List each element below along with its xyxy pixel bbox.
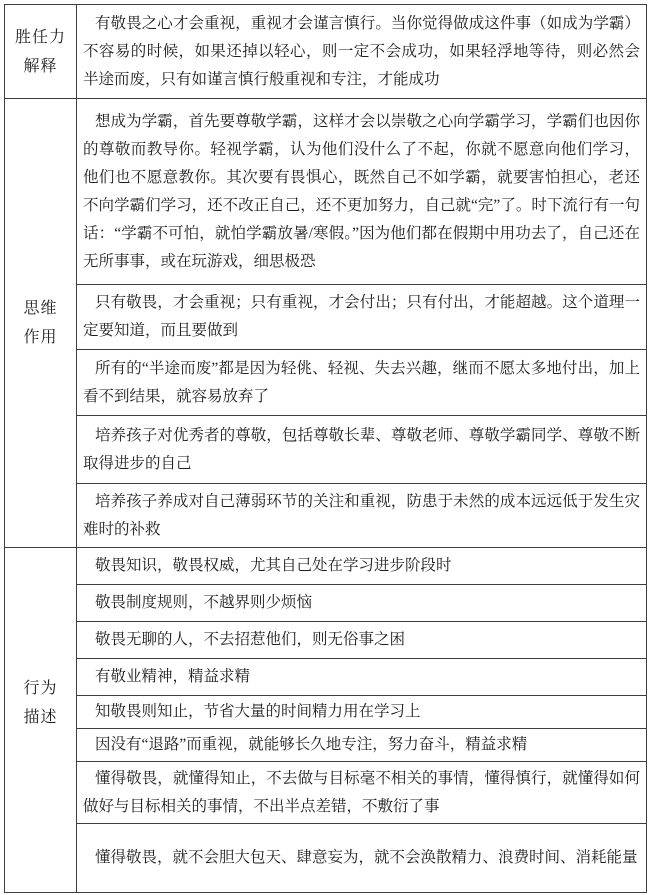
row-header-line: 胜任力 <box>15 23 66 52</box>
table-row: 所有的“半途而废”都是因为轻佻、轻视、失去兴趣，继而不愿太多地付出，加上看不到结… <box>77 349 646 415</box>
row-header-thinking-function: 思维 作用 <box>5 99 77 547</box>
section-thinking-function: 思维 作用 想成为学霸，首先要尊敬学霸，这样才会以崇敬之心向学霸学习，学霸们也因… <box>5 98 646 547</box>
row-header-competency-explanation: 胜任力 解释 <box>5 5 77 98</box>
row-header-line: 行为 <box>23 674 57 703</box>
cell-text: 培养孩子养成对自己薄弱环节的关注和重视，防患于未然的成本远远低于发生灾难时的补救 <box>77 486 646 546</box>
row-header-text: 胜任力 解释 <box>15 23 66 81</box>
table-row: 培养孩子对优秀者的尊敬，包括尊敬长辈、尊敬老师、尊敬学霸同学、尊敬不断取得进步的… <box>77 415 646 483</box>
row-header-line: 描述 <box>23 703 57 732</box>
table-row: 培养孩子养成对自己薄弱环节的关注和重视，防患于未然的成本远远低于发生灾难时的补救 <box>77 483 646 547</box>
table-row: 有敬畏之心才会重视，重视才会谨言慎行。当你觉得做成这件事（如成为学霸）不容易的时… <box>77 5 646 98</box>
cell-text: 培养孩子对优秀者的尊敬，包括尊敬长辈、尊敬老师、尊敬学霸同学、尊敬不断取得进步的… <box>77 420 646 480</box>
section-behavior-description: 行为 描述 敬畏知识，敬畏权威，尤其自己处在学习进步阶段时 敬畏制度规则，不越界… <box>5 547 646 892</box>
cell-text: 敬畏知识，敬畏权威，尤其自己处在学习进步阶段时 <box>77 550 646 582</box>
cell-text: 敬畏无聊的人，不去招惹他们，则无俗事之困 <box>77 624 646 656</box>
cell-text: 有敬畏之心才会重视，重视才会谨言慎行。当你觉得做成这件事（如成为学霸）不容易的时… <box>77 8 646 96</box>
section-rows: 有敬畏之心才会重视，重视才会谨言慎行。当你觉得做成这件事（如成为学霸）不容易的时… <box>77 5 646 98</box>
section-competency-explanation: 胜任力 解释 有敬畏之心才会重视，重视才会谨言慎行。当你觉得做成这件事（如成为学… <box>5 5 646 98</box>
section-rows: 想成为学霸，首先要尊敬学霸，这样才会以崇敬之心向学霸学习，学霸们也因你的尊敬而教… <box>77 99 646 547</box>
table-row: 只有敬畏，才会重视；只有重视，才会付出；只有付出，才能超越。这个道理一定要知道，… <box>77 284 646 349</box>
cell-text: 懂得敬畏，就不会胆大包天、肆意妄为，就不会涣散精力、浪费时间、消耗能量 <box>77 842 646 874</box>
table-row: 敬畏制度规则，不越界则少烦恼 <box>77 584 646 621</box>
table-row: 懂得敬畏，就不会胆大包天、肆意妄为，就不会涣散精力、浪费时间、消耗能量 <box>77 823 646 892</box>
row-header-behavior-description: 行为 描述 <box>5 548 77 892</box>
cell-text: 因没有“退路”而重视，就能够长久地专注，努力奋斗，精益求精 <box>77 729 646 761</box>
table-row: 敬畏无聊的人，不去招惹他们，则无俗事之困 <box>77 621 646 658</box>
cell-text: 懂得敬畏，就懂得知止，不去做与目标毫不相关的事情，懂得慎行，就懂得如何做好与目标… <box>77 763 646 823</box>
table-row: 有敬业精神，精益求精 <box>77 658 646 695</box>
table-row: 敬畏知识，敬畏权威，尤其自己处在学习进步阶段时 <box>77 548 646 584</box>
competency-table: 胜任力 解释 有敬畏之心才会重视，重视才会谨言慎行。当你觉得做成这件事（如成为学… <box>4 4 647 893</box>
table-row: 想成为学霸，首先要尊敬学霸，这样才会以崇敬之心向学霸学习，学霸们也因你的尊敬而教… <box>77 99 646 284</box>
row-header-line: 解释 <box>15 52 66 81</box>
row-header-text: 行为 描述 <box>23 674 57 732</box>
table-row: 知敬畏则知止，节省大量的时间精力用在学习上 <box>77 695 646 728</box>
table-row: 因没有“退路”而重视，就能够长久地专注，努力奋斗，精益求精 <box>77 728 646 761</box>
row-header-line: 思维 <box>23 294 57 323</box>
table-row: 懂得敬畏，就懂得知止，不去做与目标毫不相关的事情，懂得慎行，就懂得如何做好与目标… <box>77 761 646 823</box>
cell-text: 想成为学霸，首先要尊敬学霸，这样才会以崇敬之心向学霸学习，学霸们也因你的尊敬而教… <box>77 106 646 278</box>
cell-text: 有敬业精神，精益求精 <box>77 661 646 693</box>
row-header-line: 作用 <box>23 323 57 352</box>
cell-text: 所有的“半途而废”都是因为轻佻、轻视、失去兴趣，继而不愿太多地付出，加上看不到结… <box>77 353 646 413</box>
section-rows: 敬畏知识，敬畏权威，尤其自己处在学习进步阶段时 敬畏制度规则，不越界则少烦恼 敬… <box>77 548 646 892</box>
cell-text: 敬畏制度规则，不越界则少烦恼 <box>77 587 646 619</box>
cell-text: 只有敬畏，才会重视；只有重视，才会付出；只有付出，才能超越。这个道理一定要知道，… <box>77 287 646 347</box>
cell-text: 知敬畏则知止，节省大量的时间精力用在学习上 <box>77 696 646 728</box>
row-header-text: 思维 作用 <box>23 294 57 352</box>
